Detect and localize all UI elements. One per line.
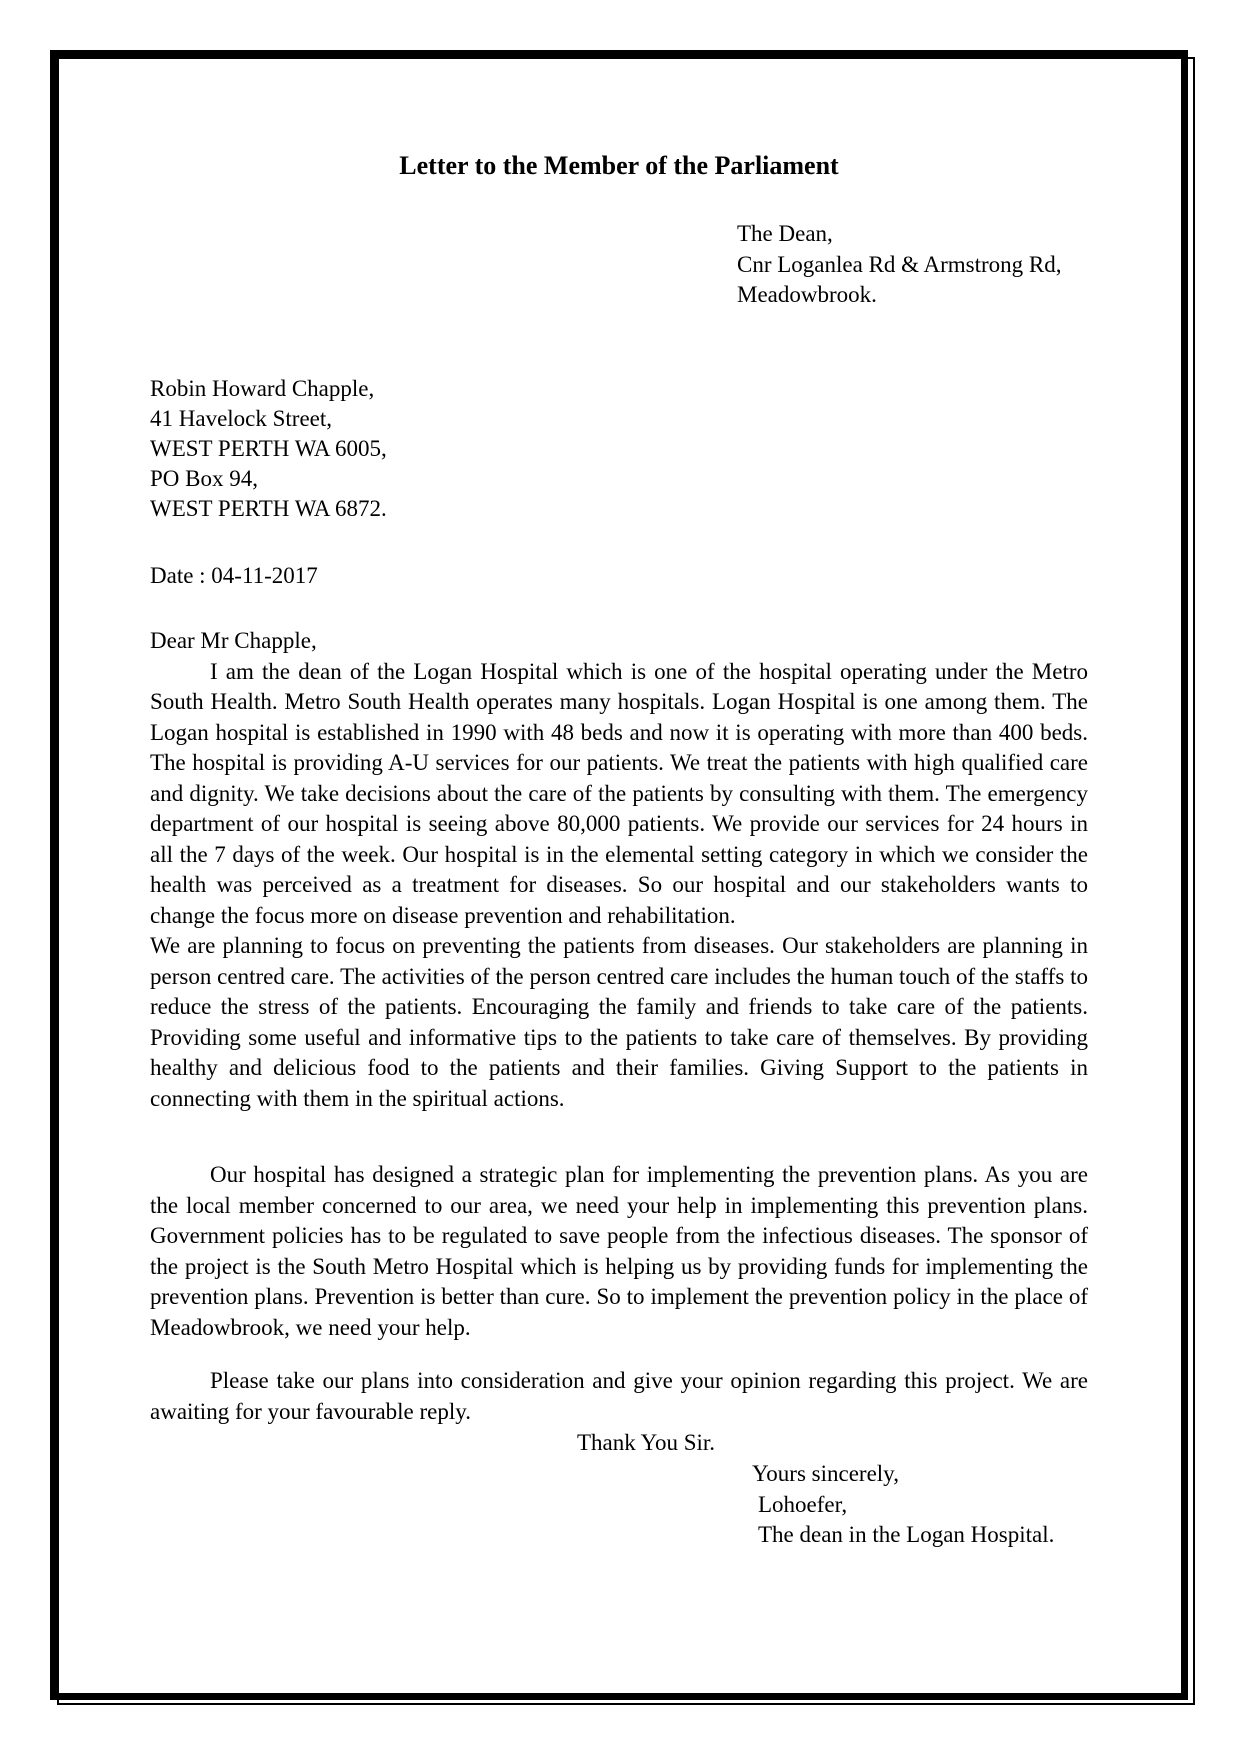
signature-name: Lohoefer, <box>752 1490 1054 1521</box>
paragraph-consideration: Please take our plans into consideration… <box>150 1366 1088 1427</box>
salutation: Dear Mr Chapple, <box>150 626 1088 657</box>
recipient-address-block: Robin Howard Chapple, 41 Havelock Street… <box>150 374 387 524</box>
paragraph-introduction: I am the dean of the Logan Hospital whic… <box>150 657 1088 932</box>
letter-body-closing: Please take our plans into consideration… <box>150 1366 1088 1427</box>
paragraph-plans: We are planning to focus on preventing t… <box>150 931 1088 1114</box>
sender-address-line: Cnr Loganlea Rd & Armstrong Rd, <box>737 250 1062 281</box>
letter-body-request: Our hospital has designed a strategic pl… <box>150 1160 1088 1343</box>
letter-title: Letter to the Member of the Parliament <box>150 150 1088 182</box>
sender-address-block: The Dean, Cnr Loganlea Rd & Armstrong Rd… <box>737 219 1062 311</box>
letter-body-opening: Dear Mr Chapple, I am the dean of the Lo… <box>150 626 1088 1114</box>
recipient-address-line: PO Box 94, <box>150 464 387 494</box>
signature-block: Yours sincerely, Lohoefer, The dean in t… <box>752 1459 1054 1551</box>
sender-address-line: Meadowbrook. <box>737 280 1062 311</box>
thanks-line: Thank You Sir. <box>577 1428 715 1459</box>
recipient-address-line: WEST PERTH WA 6005, <box>150 434 387 464</box>
recipient-address-line: 41 Havelock Street, <box>150 404 387 434</box>
letter-page: Letter to the Member of the Parliament T… <box>0 0 1241 1754</box>
signature-role: The dean in the Logan Hospital. <box>752 1520 1054 1551</box>
date-line: Date : 04-11-2017 <box>150 561 318 591</box>
recipient-name: Robin Howard Chapple, <box>150 374 387 404</box>
signature-valediction: Yours sincerely, <box>752 1459 1054 1490</box>
recipient-address-line: WEST PERTH WA 6872. <box>150 494 387 524</box>
sender-address-line: The Dean, <box>737 219 1062 250</box>
paragraph-strategic-plan: Our hospital has designed a strategic pl… <box>150 1160 1088 1343</box>
